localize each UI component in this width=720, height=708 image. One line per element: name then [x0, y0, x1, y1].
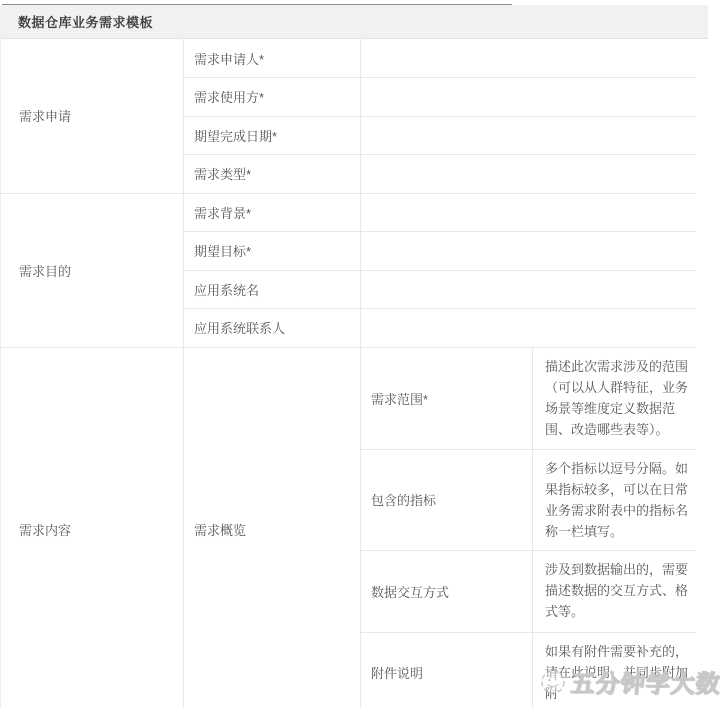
table-row: 需求申请 需求申请人*	[1, 39, 696, 78]
requirements-table: 需求申请 需求申请人* 需求使用方* 期望完成日期* 需求类型* 需求目的 需求…	[0, 39, 696, 708]
field-label: 包含的指标	[361, 449, 533, 550]
field-label: 应用系统名	[184, 270, 361, 309]
section-cell-content: 需求内容	[1, 347, 184, 708]
field-description: 描述此次需求涉及的范围（可以从人群特征，业务场景等维度定义数据范围、改造哪些表等…	[533, 347, 696, 449]
table-row: 需求目的 需求背景*	[1, 193, 696, 232]
page-title: 数据仓库业务需求模板	[0, 5, 708, 39]
field-label: 期望目标*	[184, 232, 361, 271]
field-label: 需求使用方*	[184, 78, 361, 117]
input-cell[interactable]	[361, 78, 696, 117]
field-description: 如果有附件需要补充的，请在此说明，并同步附加附	[533, 632, 696, 708]
section-cell-purpose: 需求目的	[1, 193, 184, 347]
field-description: 涉及到数据输出的，需要描述数据的交互方式、格式等。	[533, 550, 696, 632]
input-cell[interactable]	[361, 193, 696, 232]
field-label: 期望完成日期*	[184, 116, 361, 155]
field-label: 需求范围*	[361, 347, 533, 449]
input-cell[interactable]	[361, 232, 696, 271]
field-label: 需求类型*	[184, 155, 361, 194]
field-description: 多个指标以逗号分隔。如果指标较多，可以在日常业务需求附表中的指标名称一栏填写。	[533, 449, 696, 550]
template-sheet: 数据仓库业务需求模板 需求申请 需求申请人* 需求使用方* 期望完成日期*	[0, 0, 720, 708]
field-label: 应用系统联系人	[184, 309, 361, 348]
input-cell[interactable]	[361, 155, 696, 194]
section-cell-request: 需求申请	[1, 39, 184, 193]
table-row: 需求内容 需求概览 需求范围* 描述此次需求涉及的范围（可以从人群特征，业务场景…	[1, 347, 696, 449]
input-cell[interactable]	[361, 309, 696, 348]
input-cell[interactable]	[361, 270, 696, 309]
subgroup-cell-overview: 需求概览	[184, 347, 361, 708]
field-label: 附件说明	[361, 632, 533, 708]
input-cell[interactable]	[361, 116, 696, 155]
top-accent-line	[2, 4, 512, 5]
field-label: 需求申请人*	[184, 39, 361, 78]
field-label: 数据交互方式	[361, 550, 533, 632]
input-cell[interactable]	[361, 39, 696, 78]
field-label: 需求背景*	[184, 193, 361, 232]
